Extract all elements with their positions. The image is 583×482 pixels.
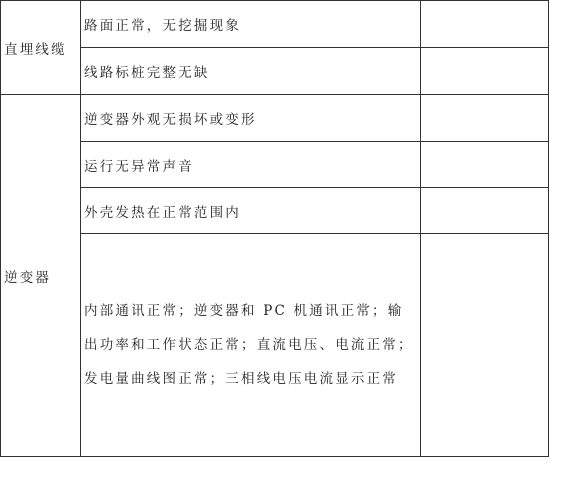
item-text-line: 出功率和工作状态正常；直流电压、电流正常； [84, 328, 420, 362]
table-row: 直埋线缆 路面正常，无挖掘现象 [1, 1, 549, 48]
item-text: 线路标桩完整无缺 [84, 65, 210, 81]
item-cell: 逆变器外观无损坏或变形 [81, 95, 421, 142]
table-row: 内部通讯正常；逆变器和 PC 机通讯正常；输 出功率和工作状态正常；直流电压、电… [1, 234, 549, 457]
item-text: 路面正常，无挖掘现象 [84, 18, 241, 34]
category-cell: 逆变器 [1, 95, 81, 457]
item-text: 外壳发热在正常范围内 [84, 205, 241, 221]
item-cell: 运行无异常声音 [81, 142, 421, 188]
item-text-line: 发电量曲线图正常；三相线电压电流显示正常 [84, 362, 420, 396]
result-cell[interactable] [421, 1, 549, 48]
category-label: 逆变器 [4, 270, 51, 286]
result-cell[interactable] [421, 142, 549, 188]
category-cell: 直埋线缆 [1, 1, 81, 95]
item-cell: 路面正常，无挖掘现象 [81, 1, 421, 48]
item-text: 运行无异常声音 [84, 159, 194, 175]
table-row: 外壳发热在正常范围内 [1, 188, 549, 234]
item-text-line: 内部通讯正常；逆变器和 PC 机通讯正常；输 [84, 294, 420, 328]
result-cell[interactable] [421, 95, 549, 142]
result-cell[interactable] [421, 48, 549, 95]
item-cell: 线路标桩完整无缺 [81, 48, 421, 95]
table-row: 运行无异常声音 [1, 142, 549, 188]
item-text: 逆变器外观无损坏或变形 [84, 112, 257, 128]
table-row: 逆变器 逆变器外观无损坏或变形 [1, 95, 549, 142]
result-cell[interactable] [421, 234, 549, 457]
category-label: 直埋线缆 [4, 42, 67, 58]
item-cell: 外壳发热在正常范围内 [81, 188, 421, 234]
inspection-table: 直埋线缆 路面正常，无挖掘现象 线路标桩完整无缺 逆变器 逆变器外观无损坏或变形 [0, 0, 549, 457]
result-cell[interactable] [421, 188, 549, 234]
table-row: 线路标桩完整无缺 [1, 48, 549, 95]
item-cell: 内部通讯正常；逆变器和 PC 机通讯正常；输 出功率和工作状态正常；直流电压、电… [81, 234, 421, 457]
